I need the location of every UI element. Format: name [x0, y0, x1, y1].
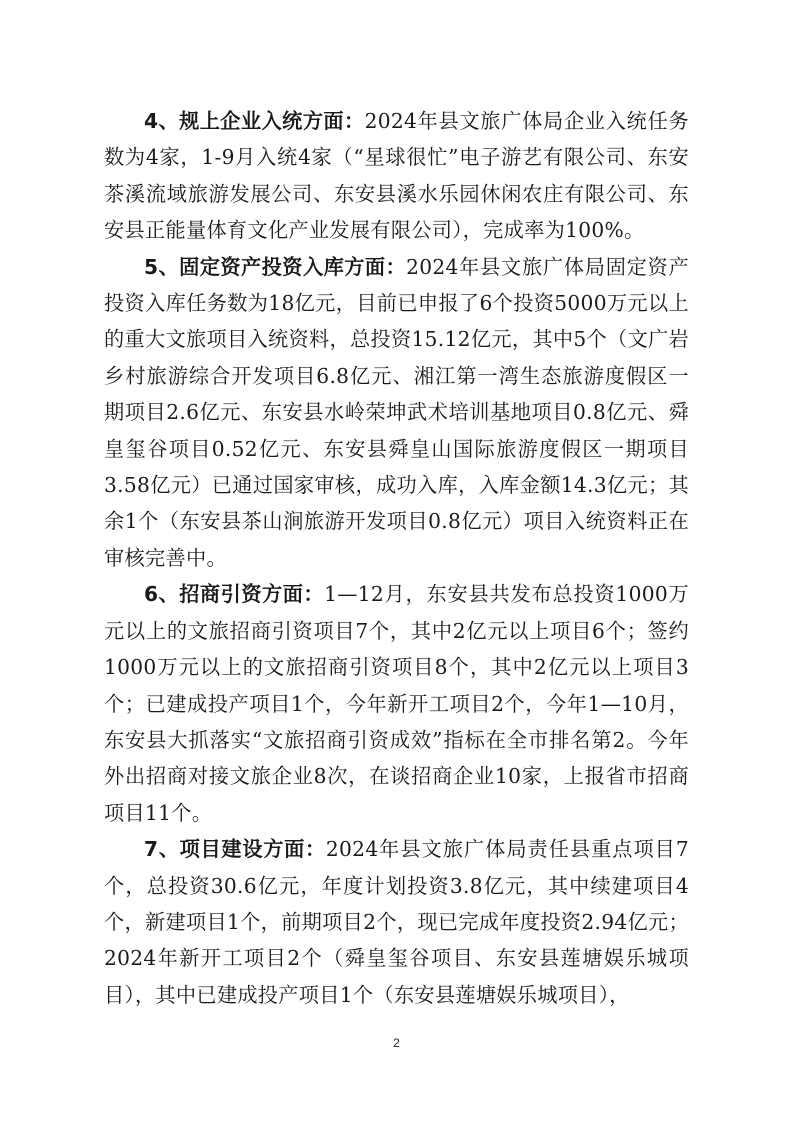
- page-number: 2: [0, 1036, 793, 1050]
- paragraph-enterprise-statistics: 4、规上企业入统方面：2024年县文旅广体局企业入统任务数为4家，1-9月入统4…: [104, 103, 689, 249]
- paragraph-body: 2024年县文旅广体局固定资产投资入库任务数为18亿元，目前已申报了6个投资50…: [104, 255, 689, 570]
- paragraph-heading: 6、招商引资方面：: [144, 582, 324, 606]
- paragraph-heading: 5、固定资产投资入库方面：: [144, 255, 406, 279]
- paragraph-body: 1—12月，东安县共发布总投资1000万元以上的文旅招商引资项目7个，其中2亿元…: [104, 582, 689, 824]
- paragraph-project-construction: 7、项目建设方面：2024年县文旅广体局责任县重点项目7个，总投资30.6亿元，…: [104, 831, 689, 1013]
- paragraph-heading: 7、项目建设方面：: [144, 837, 326, 861]
- paragraph-fixed-asset-investment: 5、固定资产投资入库方面：2024年县文旅广体局固定资产投资入库任务数为18亿元…: [104, 249, 689, 577]
- paragraph-body: 2024年县文旅广体局责任县重点项目7个，总投资30.6亿元，年度计划投资3.8…: [104, 837, 689, 1007]
- document-page: 4、规上企业入统方面：2024年县文旅广体局企业入统任务数为4家，1-9月入统4…: [104, 103, 689, 1013]
- paragraph-heading: 4、规上企业入统方面：: [144, 109, 365, 133]
- paragraph-investment-attraction: 6、招商引资方面：1—12月，东安县共发布总投资1000万元以上的文旅招商引资项…: [104, 576, 689, 831]
